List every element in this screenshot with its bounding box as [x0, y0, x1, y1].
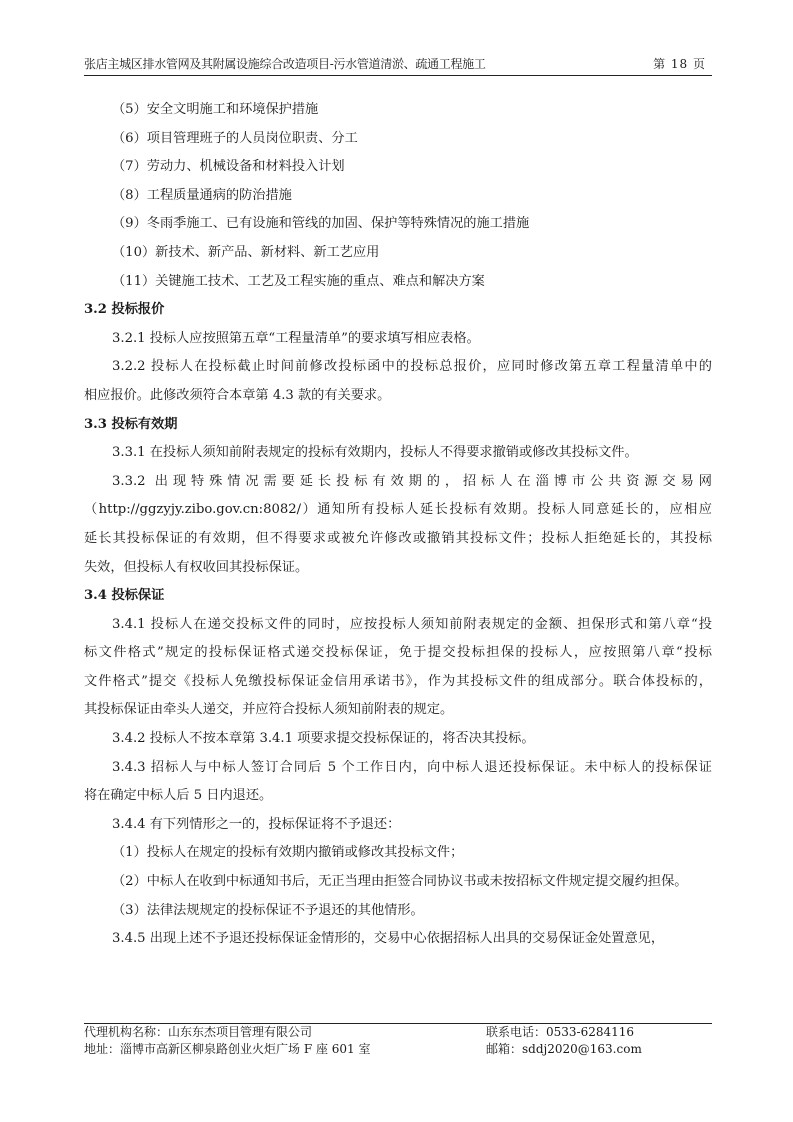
contact-phone: 联系电话：0533-6284116: [486, 1024, 634, 1041]
document-body: （5）安全文明施工和环境保护措施 （6）项目管理班子的人员岗位职责、分工 （7）…: [84, 96, 712, 954]
list-item: （6）项目管理班子的人员岗位职责、分工: [84, 125, 712, 154]
contact-email: 邮箱：sddj2020@163.com: [486, 1041, 642, 1058]
paragraph-3-4-4: 3.4.4 有下列情形之一的，投标保证将不予退还：: [84, 811, 712, 840]
document-title: 张店主城区排水管网及其附属设施综合改造项目-污水管道清淤、疏通工程施工: [84, 55, 486, 73]
paragraph-3-3-1: 3.3.1 在投标人须知前附表规定的投标有效期内，投标人不得要求撤销或修改其投标…: [84, 439, 712, 468]
paragraph-3-4-2: 3.4.2 投标人不按本章第 3.4.1 项要求提交投标保证的，将否决其投标。: [84, 725, 712, 754]
section-heading-3-3: 3.3 投标有效期: [84, 411, 712, 440]
agency-name: 代理机构名称：山东东杰项目管理有限公司: [84, 1024, 312, 1041]
paragraph-3-4-1-line2: 标文件格式”规定的投标保证格式递交投标保证，免于提交投标担保的投标人，应按照第八…: [84, 639, 712, 668]
paragraph-3-3-2-line4: 失效，但投标人有权收回其投标保证。: [84, 554, 712, 583]
list-item: （8）工程质量通病的防治措施: [84, 182, 712, 211]
paragraph-3-3-2-line3: 延长其投标保证的有效期，但不得要求或被允许修改或撤销其投标文件；投标人拒绝延长的…: [84, 525, 712, 554]
page-number: 第 18 页: [653, 55, 706, 73]
paragraph-3-4-1-line3: 文件格式”提交《投标人免缴投标保证金信用承诺书》，作为其投标文件的组成部分。联合…: [84, 668, 712, 697]
paragraph-3-2-2-line1: 3.2.2 投标人在投标截止时间前修改投标函中的投标总报价，应同时修改第五章工程…: [84, 353, 712, 382]
section-heading-3-2: 3.2 投标报价: [84, 296, 712, 325]
paragraph-3-3-2-line1: 3.3.2 出现特殊情况需要延长投标有效期的，招标人在淄博市公共资源交易网: [84, 468, 712, 497]
list-item: （5）安全文明施工和环境保护措施: [84, 96, 712, 125]
list-item: （7）劳动力、机械设备和材料投入计划: [84, 153, 712, 182]
paragraph-3-4-5: 3.4.5 出现上述不予退还投标保证金情形的，交易中心依据招标人出具的交易保证金…: [84, 925, 712, 954]
paragraph-3-2-2-line2: 相应报价。此修改须符合本章第 4.3 款的有关要求。: [84, 382, 712, 411]
agency-address: 地址：淄博市高新区柳泉路创业火炬广场 F 座 601 室: [84, 1041, 371, 1058]
paragraph-3-4-1-line4: 其投标保证由牵头人递交，并应符合投标人须知前附表的规定。: [84, 696, 712, 725]
page-footer: 代理机构名称：山东东杰项目管理有限公司 联系电话：0533-6284116 地址…: [84, 1023, 712, 1058]
list-item: （10）新技术、新产品、新材料、新工艺应用: [84, 239, 712, 268]
list-item: （3）法律法规规定的投标保证不予退还的其他情形。: [84, 897, 712, 926]
page-header: 张店主城区排水管网及其附属设施综合改造项目-污水管道清淤、疏通工程施工 第 18…: [84, 55, 712, 76]
paragraph-3-4-1-line1: 3.4.1 投标人在递交投标文件的同时，应按投标人须知前附表规定的金额、担保形式…: [84, 611, 712, 640]
section-heading-3-4: 3.4 投标保证: [84, 582, 712, 611]
paragraph-3-4-3-line1: 3.4.3 招标人与中标人签订合同后 5 个工作日内，向中标人退还投标保证。未中…: [84, 754, 712, 783]
paragraph-3-2-1: 3.2.1 投标人应按照第五章“工程量清单”的要求填写相应表格。: [84, 325, 712, 354]
paragraph-3-4-3-line2: 将在确定中标人后 5 日内退还。: [84, 782, 712, 811]
paragraph-3-3-2-line2: （http://ggzyjy.zibo.gov.cn:8082/）通知所有投标人…: [84, 496, 712, 525]
list-item: （9）冬雨季施工、已有设施和管线的加固、保护等特殊情况的施工措施: [84, 210, 712, 239]
list-item: （1）投标人在规定的投标有效期内撤销或修改其投标文件；: [84, 839, 712, 868]
list-item: （2）中标人在收到中标通知书后，无正当理由拒签合同协议书或未按招标文件规定提交履…: [84, 868, 712, 897]
list-item: （11）关键施工技术、工艺及工程实施的重点、难点和解决方案: [84, 268, 712, 297]
